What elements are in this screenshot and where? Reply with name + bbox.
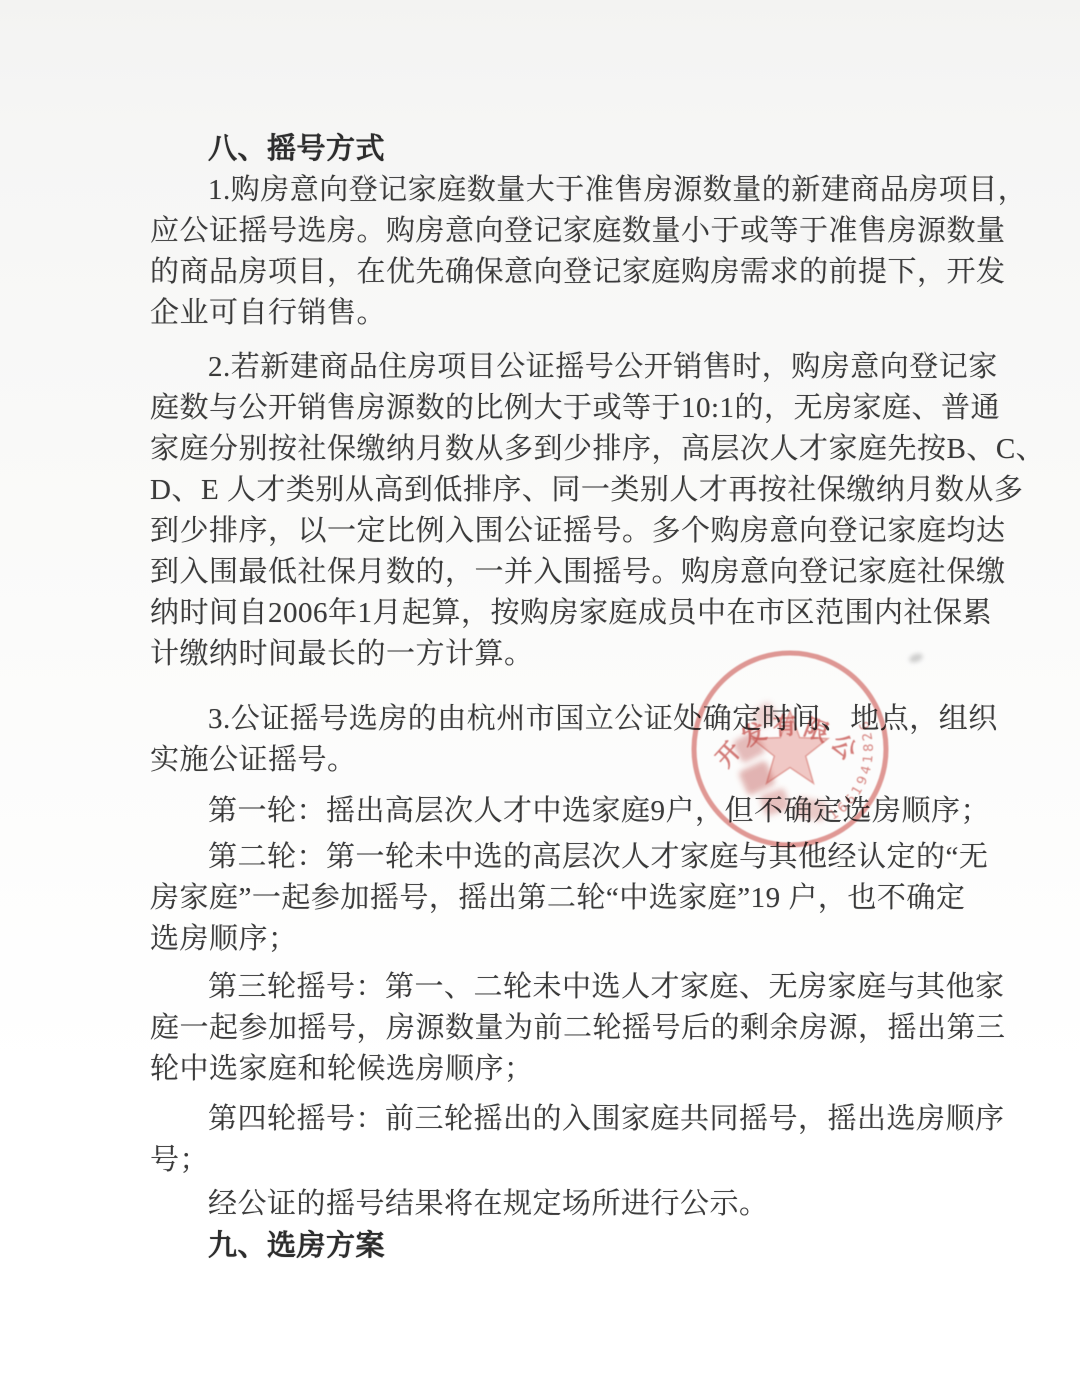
text-line: 计缴纳时间最长的一方计算。 <box>150 634 950 675</box>
paragraph: 第一轮：摇出高层次人才中选家庭9户，但不确定选房顺序； <box>150 791 950 832</box>
text-line: 号； <box>150 1140 950 1181</box>
section-heading: 九、选房方案 <box>150 1226 950 1267</box>
text-line: 选房顺序； <box>150 919 950 960</box>
text-line: 轮中选家庭和轮候选房顺序； <box>150 1049 950 1090</box>
text-line: 庭一起参加摇号，房源数量为前二轮摇号后的剩余房源，摇出第三 <box>150 1008 950 1049</box>
text-line: 到入围最低社保月数的，一并入围摇号。购房意向登记家庭社保缴 <box>150 552 950 593</box>
text-line: 1.购房意向登记家庭数量大于准售房源数量的新建商品房项目， <box>150 170 950 211</box>
text-line: 第三轮摇号：第一、二轮未中选人才家庭、无房家庭与其他家 <box>150 967 950 1008</box>
text-line: D、E 人才类别从高到低排序、同一类别人才再按社保缴纳月数从多 <box>150 470 950 511</box>
text-line: 应公证摇号选房。购房意向登记家庭数量小于或等于准售房源数量 <box>150 211 950 252</box>
text-line: 第一轮：摇出高层次人才中选家庭9户，但不确定选房顺序； <box>150 791 950 832</box>
text-line: 房家庭”一起参加摇号，摇出第二轮“中选家庭”19 户，也不确定 <box>150 878 950 919</box>
paragraph: 1.购房意向登记家庭数量大于准售房源数量的新建商品房项目，应公证摇号选房。购房意… <box>150 170 950 334</box>
text-line: 企业可自行销售。 <box>150 293 950 334</box>
text-line: 家庭分别按社保缴纳月数从多到少排序，高层次人才家庭先按B、C、 <box>150 429 950 470</box>
text-line: 的商品房项目，在优先确保意向登记家庭购房需求的前提下，开发 <box>150 252 950 293</box>
paragraph: 3.公证摇号选房的由杭州市国立公证处确定时间、地点，组织实施公证摇号。 <box>150 699 950 781</box>
text-line: 3.公证摇号选房的由杭州市国立公证处确定时间、地点，组织 <box>150 699 950 740</box>
text-line: 实施公证摇号。 <box>150 740 950 781</box>
paragraph: 经公证的摇号结果将在规定场所进行公示。 <box>150 1184 950 1225</box>
paragraph: 2.若新建商品住房项目公证摇号公开销售时，购房意向登记家庭数与公开销售房源数的比… <box>150 347 950 675</box>
section-heading: 八、摇号方式 <box>150 129 950 170</box>
text-line: 纳时间自2006年1月起算，按购房家庭成员中在市区范围内社保累 <box>150 593 950 634</box>
paragraph: 第三轮摇号：第一、二轮未中选人才家庭、无房家庭与其他家庭一起参加摇号，房源数量为… <box>150 967 950 1090</box>
text-line: 八、摇号方式 <box>150 129 950 170</box>
document-body: 八、摇号方式1.购房意向登记家庭数量大于准售房源数量的新建商品房项目，应公证摇号… <box>150 129 950 1267</box>
scanned-document: { "page": { "background": "#f7f7f6", "te… <box>0 0 1080 1383</box>
text-line: 庭数与公开销售房源数的比例大于或等于10:1的，无房家庭、普通 <box>150 388 950 429</box>
text-line: 2.若新建商品住房项目公证摇号公开销售时，购房意向登记家 <box>150 347 950 388</box>
paragraph: 第二轮：第一轮未中选的高层次人才家庭与其他经认定的“无房家庭”一起参加摇号，摇出… <box>150 837 950 960</box>
text-line: 第二轮：第一轮未中选的高层次人才家庭与其他经认定的“无 <box>150 837 950 878</box>
text-line: 经公证的摇号结果将在规定场所进行公示。 <box>150 1184 950 1225</box>
text-line: 九、选房方案 <box>150 1226 950 1267</box>
text-line: 到少排序，以一定比例入围公证摇号。多个购房意向登记家庭均达 <box>150 511 950 552</box>
text-line: 第四轮摇号：前三轮摇出的入围家庭共同摇号，摇出选房顺序 <box>150 1099 950 1140</box>
paragraph: 第四轮摇号：前三轮摇出的入围家庭共同摇号，摇出选房顺序号； <box>150 1099 950 1181</box>
